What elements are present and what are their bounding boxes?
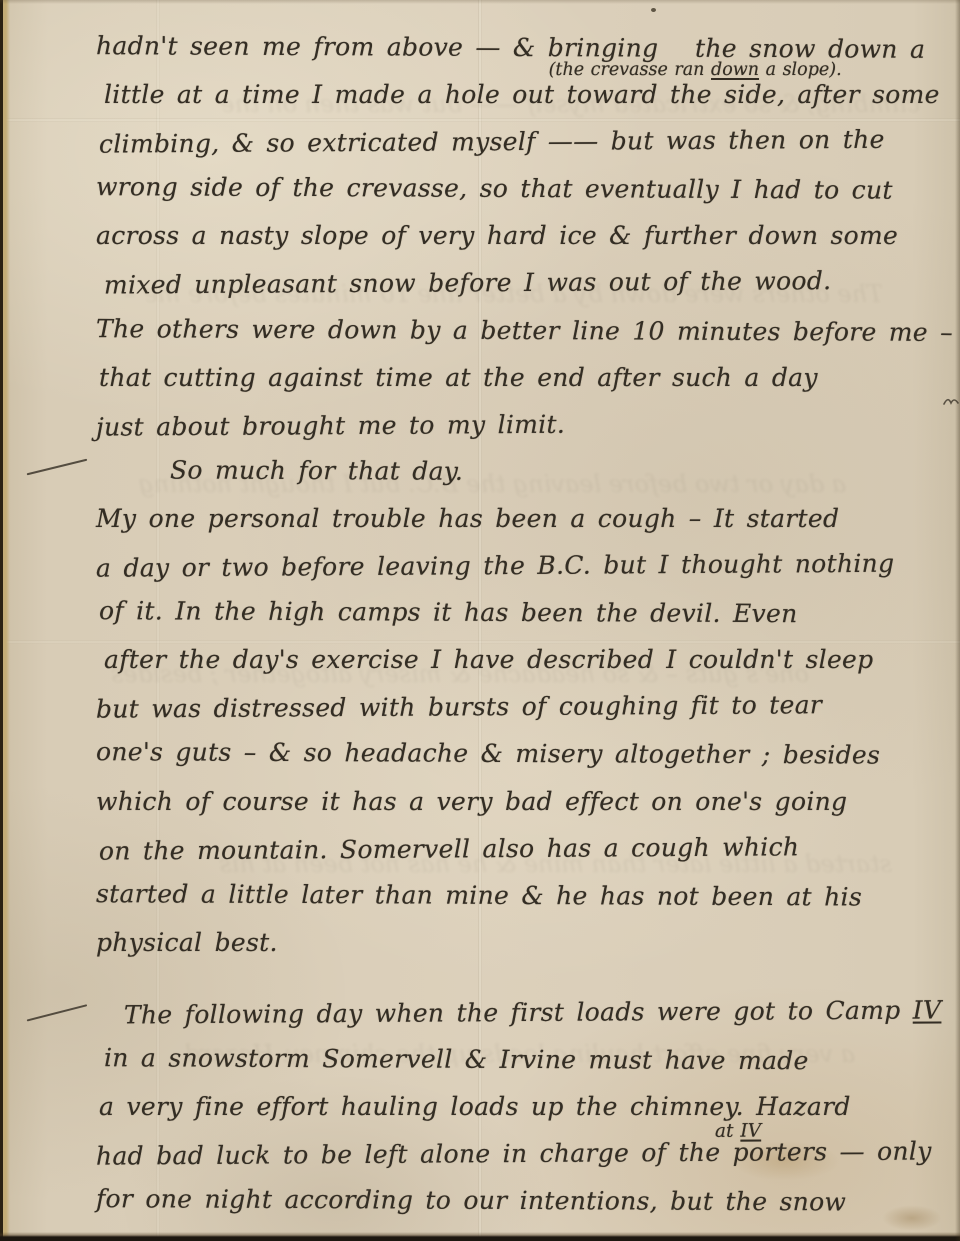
line-text: a day or two before leaving the B.C. but… [96,549,895,583]
ink-speck [651,8,656,12]
line-text: of it. In the high camps it has been the… [99,596,798,628]
line-text: for one night according to our intention… [96,1184,846,1216]
handwriting-line: one's guts – & so headache & misery alto… [96,729,950,780]
handwriting-line: in a snowstorm Somervell & Irvine must h… [96,1034,950,1085]
line-text: The others were down by a better line 10… [96,314,953,347]
handwriting-line: across a nasty slope of very hard ice & … [96,212,950,259]
handwriting-line: had bad luck to be left alone in charge … [96,1128,950,1180]
handwritten-text-block: hadn't seen me from above — & bringing t… [96,24,950,1224]
line-text: after the day's exercise I have describe… [104,645,873,674]
handwriting-line: that cutting against time at the end aft… [96,354,950,401]
line-text: My one personal trouble has been a cough… [96,504,839,533]
handwriting-line: just about brought me to my limit. [96,398,950,450]
line-text: So much for that day. [170,455,463,485]
line-text: started a little later than mine & he ha… [96,879,862,911]
handwriting-line: started a little later than mine & he ha… [96,870,950,921]
line-text: that cutting against time at the end aft… [99,363,818,392]
line-text: hadn't seen me from above — & bringing t… [96,31,925,64]
line-text: little at a time I made a hole out towar… [104,80,940,109]
handwriting-line: wrong side of the crevasse, so that even… [96,163,950,214]
line-text: wrong side of the crevasse, so that even… [96,172,893,204]
line-text: mixed unpleasant snow before I was out o… [104,267,832,300]
line-text: climbing, & so extricated myself —— but … [99,125,885,159]
line-text: across a nasty slope of very hard ice & … [96,221,898,250]
handwriting-line: little at a time I made a hole out towar… [96,71,950,118]
line-text: had bad luck to be left alone in charge … [96,1137,932,1171]
interline-insertion: at IV [715,1123,761,1142]
handwriting-line: My one personal trouble has been a cough… [96,495,950,542]
line-text: physical best. [96,928,278,957]
handwriting-line: of it. In the high camps it has been the… [96,587,950,638]
line-text: which of course it has a very bad effect… [96,787,847,816]
line-text: a very fine effort hauling loads up the … [99,1092,851,1121]
margin-pen-mark [943,394,959,408]
interline-insertion: (the crevasse ran down a slope). [549,62,842,80]
handwriting-line: physical best. [96,919,950,966]
handwriting-line: climbing, & so extricated myself —— but … [96,116,950,168]
letter-page: climbing, & so extricated myself —— but … [0,0,960,1241]
line-text: in a snowstorm Somervell & Irvine must h… [104,1043,809,1075]
handwriting-line: which of course it has a very bad effect… [96,778,950,825]
scan-edge-bottom [0,1232,960,1241]
handwriting-line: mixed unpleasant snow before I was out o… [96,257,950,309]
line-text: but was distressed with bursts of coughi… [96,690,822,723]
handwriting-line: So much for that day. [96,446,950,497]
handwriting-line: The others were down by a better line 10… [96,305,950,356]
paragraph-dash-mark [27,1004,88,1022]
scan-edge-top [0,0,960,4]
scan-edge-right [955,0,960,1241]
handwriting-line: a very fine effort hauling loads up the … [96,1083,950,1130]
handwriting-line: for one night according to our intention… [96,1175,950,1226]
line-text: one's guts – & so headache & misery alto… [96,738,880,770]
handwriting-line: on the mountain. Somervell also has a co… [96,822,950,874]
paragraph-dash-mark [27,458,88,475]
handwriting-line: after the day's exercise I have describe… [96,636,950,683]
line-text: just about brought me to my limit. [96,409,565,441]
line-text: on the mountain. Somervell also has a co… [99,832,799,865]
handwriting-line: but was distressed with bursts of coughi… [96,681,950,733]
line-text: The following day when the first loads w… [124,995,941,1029]
scan-edge-left [0,0,10,1241]
handwriting-line: a day or two before leaving the B.C. but… [96,539,950,591]
handwriting-line: The following day when the first loads w… [96,986,950,1038]
